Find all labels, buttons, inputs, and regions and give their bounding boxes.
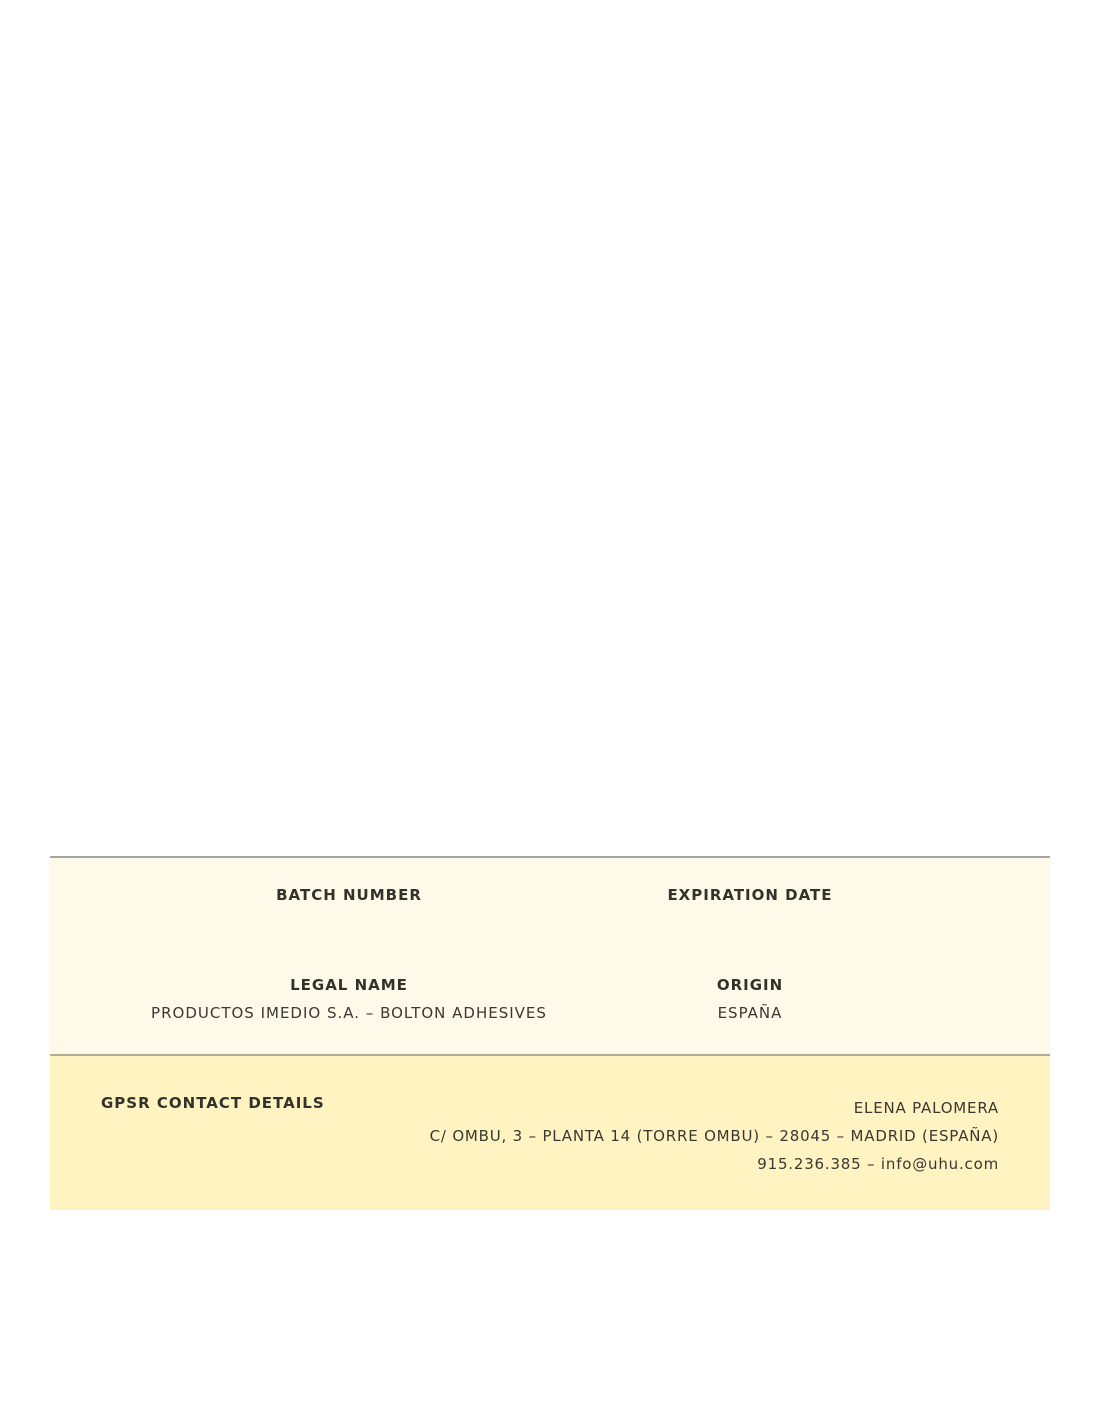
- gpsr-contact-section: GPSR CONTACT DETAILS ELENA PALOMERA C/ O…: [50, 1054, 1050, 1210]
- legal-name-label: LEGAL NAME: [119, 976, 579, 994]
- origin-value: ESPAÑA: [520, 1004, 980, 1022]
- product-info-section: BATCH NUMBER EXPIRATION DATE LEGAL NAME …: [50, 856, 1050, 1054]
- contact-phone-email: 915.236.385 – info@uhu.com: [430, 1150, 999, 1178]
- expiration-date-field: EXPIRATION DATE: [520, 886, 980, 914]
- product-info-panel: BATCH NUMBER EXPIRATION DATE LEGAL NAME …: [50, 856, 1050, 1210]
- contact-address: C/ OMBU, 3 – PLANTA 14 (TORRE OMBU) – 28…: [430, 1122, 999, 1150]
- legal-name-value: PRODUCTOS IMEDIO S.A. – BOLTON ADHESIVES: [119, 1004, 579, 1022]
- origin-field: ORIGIN ESPAÑA: [520, 976, 980, 1022]
- batch-number-field: BATCH NUMBER: [119, 886, 579, 914]
- gpsr-contact-title: GPSR CONTACT DETAILS: [101, 1094, 325, 1112]
- legal-name-field: LEGAL NAME PRODUCTOS IMEDIO S.A. – BOLTO…: [119, 976, 579, 1022]
- contact-name: ELENA PALOMERA: [430, 1094, 999, 1122]
- origin-label: ORIGIN: [520, 976, 980, 994]
- gpsr-contact-details: ELENA PALOMERA C/ OMBU, 3 – PLANTA 14 (T…: [430, 1094, 999, 1178]
- batch-number-label: BATCH NUMBER: [119, 886, 579, 904]
- expiration-date-label: EXPIRATION DATE: [520, 886, 980, 904]
